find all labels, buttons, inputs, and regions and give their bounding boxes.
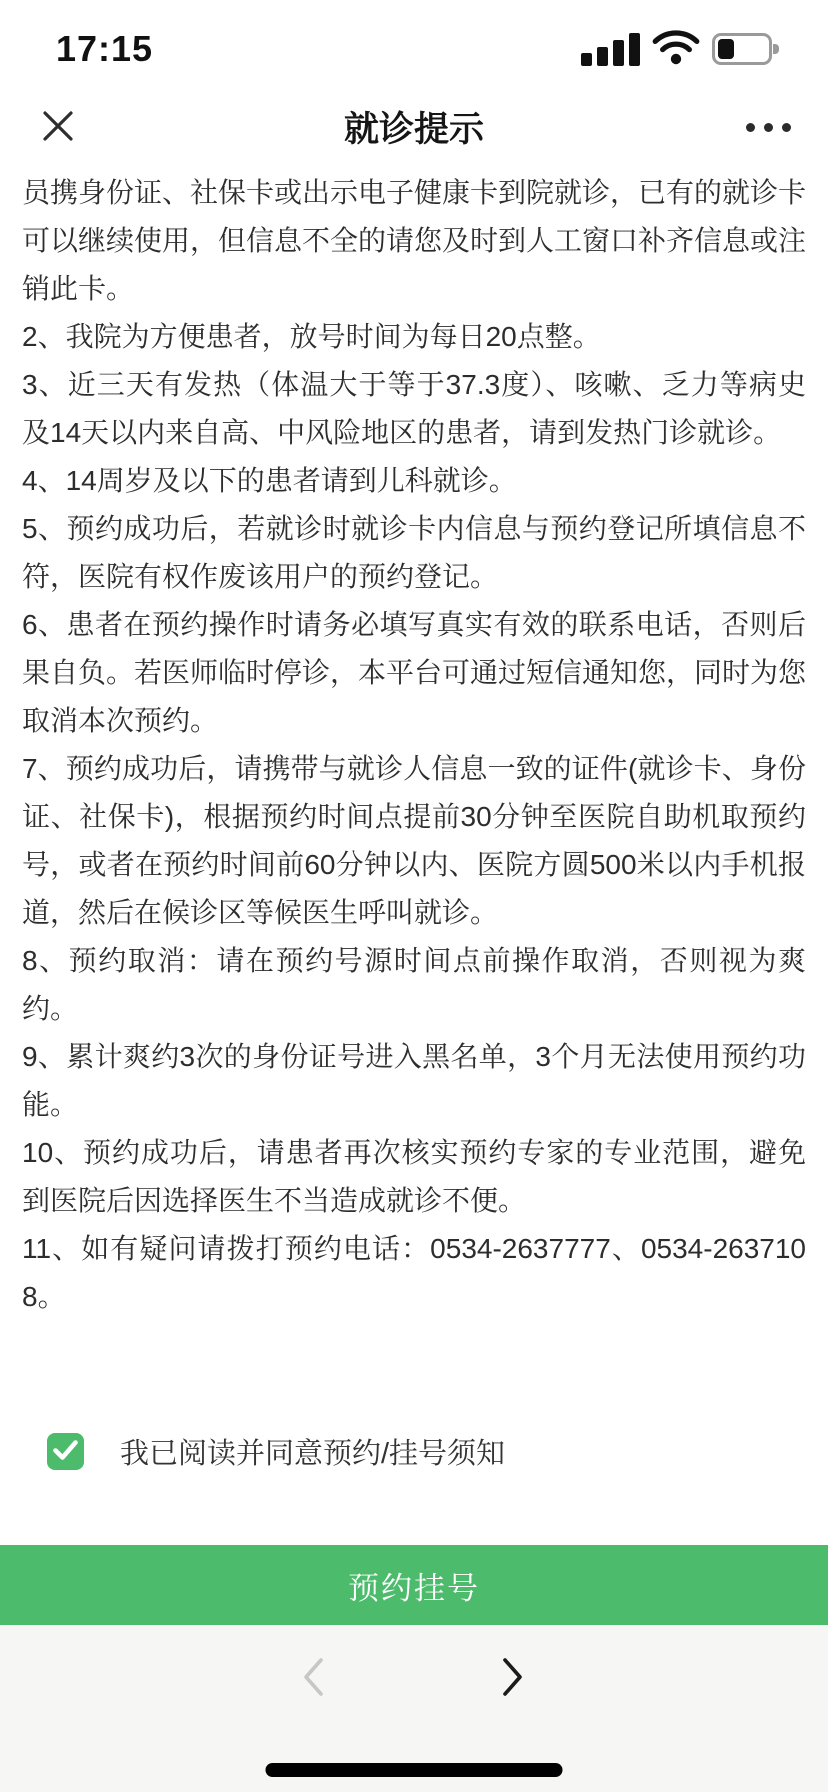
book-appointment-button[interactable]: 预约挂号 [0,1545,828,1625]
close-icon [39,107,77,148]
notice-paragraph: 10、预约成功后，请患者再次核实预约专家的专业范围，避免到医院后因选择医生不当造… [22,1129,806,1225]
agreement-label[interactable]: 我已阅读并同意预约/挂号须知 [120,1431,505,1472]
forward-button[interactable] [493,1653,533,1703]
notice-text: 员携身份证、社保卡或出示电子健康卡到院就诊，已有的就诊卡可以继续使用，但信息不全… [0,166,828,1326]
signal-icon [581,32,640,66]
wifi-icon [652,29,700,70]
notice-paragraph: 7、预约成功后，请携带与就诊人信息一致的证件(就诊卡、身份证、社保卡)，根据预约… [22,745,806,937]
clock: 17:15 [56,28,153,70]
notice-paragraph: 员携身份证、社保卡或出示电子健康卡到院就诊，已有的就诊卡可以继续使用，但信息不全… [22,169,806,313]
agree-checkbox[interactable] [47,1433,84,1470]
notice-paragraph: 5、预约成功后，若就诊时就诊卡内信息与预约登记所填信息不符，医院有权作废该用户的… [22,505,806,601]
page-title: 就诊提示 [0,102,828,152]
notice-paragraph: 2、我院为方便患者，放号时间为每日20点整。 [22,313,806,361]
chevron-left-icon [300,1655,326,1702]
checkmark-icon [47,1431,84,1473]
notice-paragraph: 9、累计爽约3次的身份证号进入黑名单，3个月无法使用预约功能。 [22,1033,806,1129]
status-icons [581,29,782,70]
notice-paragraph: 4、14周岁及以下的患者请到儿科就诊。 [22,457,806,505]
nav-bar: 就诊提示 [0,88,828,166]
status-bar: 17:15 [0,0,828,88]
close-button[interactable] [36,105,80,149]
chevron-right-icon [500,1655,526,1702]
battery-icon [712,33,782,65]
back-button[interactable] [293,1653,333,1703]
ellipsis-icon [746,123,791,132]
home-indicator [266,1763,563,1777]
appointment-notice-screen: 17:15 就诊提示 [0,0,828,1792]
notice-paragraph: 6、患者在预约操作时请务必填写真实有效的联系电话，否则后果自负。若医师临时停诊，… [22,601,806,745]
more-menu-button[interactable] [740,105,796,149]
notice-paragraph: 8、预约取消：请在预约号源时间点前操作取消，否则视为爽约。 [22,937,806,1033]
agreement-row: 我已阅读并同意预约/挂号须知 [47,1433,806,1470]
notice-paragraph: 3、近三天有发热（体温大于等于37.3度）、咳嗽、乏力等病史及14天以内来自高、… [22,361,806,457]
webview-nav-bar [0,1625,828,1792]
notice-paragraph: 11、如有疑问请拨打预约电话：0534-2637777、0534-2637108… [22,1225,806,1321]
